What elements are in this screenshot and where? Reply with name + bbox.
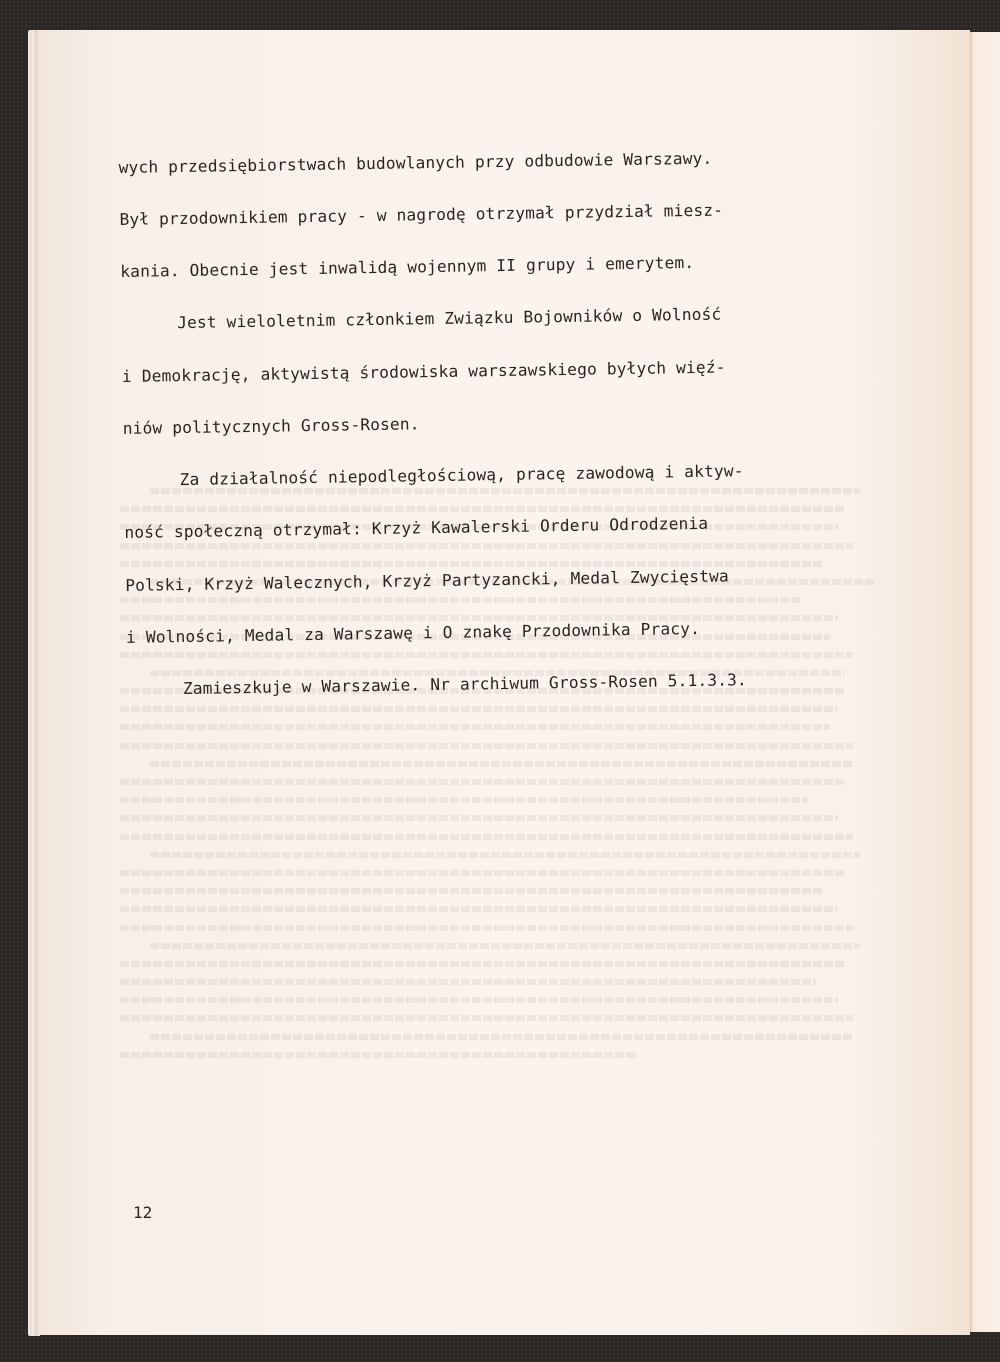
text-line: Jest wieloletnim członkiem Związku Bojow… [121, 304, 881, 333]
bleed-through-line [120, 743, 853, 749]
bleed-through-line [120, 724, 830, 730]
text-line: i Wolności, Medal za Warszawę i O znakę … [126, 617, 886, 646]
bleed-through-line [120, 979, 816, 985]
bleed-through-line [120, 888, 823, 894]
text-line: Był przodownikiem pracy - w nagrodę otrz… [119, 199, 879, 228]
page-body-text: wych przedsiębiorstwach budowlanych przy… [118, 112, 887, 716]
bleed-through-line [120, 797, 808, 803]
text-line: Za działalność niepodległościową, pracę … [123, 460, 883, 489]
text-line: wych przedsiębiorstwach budowlanych przy… [119, 147, 879, 176]
bleed-through-line [120, 779, 845, 785]
bleed-through-line [150, 852, 860, 858]
bleed-through-line [120, 1052, 638, 1058]
bleed-through-line [120, 834, 853, 840]
bleed-through-line [120, 870, 845, 876]
bleed-through-line [120, 997, 838, 1003]
text-line: niów politycznych Gross-Rosen. [123, 408, 883, 437]
page-number: 12 [133, 1203, 152, 1222]
text-line: i Demokrację, aktywistą środowiska warsz… [122, 356, 882, 385]
facing-page-edge [970, 32, 1000, 1332]
text-line: kania. Obecnie jest inwalidą wojennym II… [120, 251, 880, 280]
text-line: Polski, Krzyż Walecznych, Krzyż Partyzan… [125, 565, 885, 594]
text-line: ność społeczną otrzymał: Krzyż Kawalersk… [124, 512, 884, 541]
bleed-through-line [150, 761, 853, 767]
bleed-through-line [120, 815, 838, 821]
bleed-through-line [120, 1015, 853, 1021]
text-line: Zamieszkuje w Warszawie. Nr archiwum Gro… [127, 669, 887, 698]
bleed-through-line [120, 961, 845, 967]
bleed-through-line [120, 925, 853, 931]
bleed-through-line [150, 943, 860, 949]
bleed-through-line [120, 906, 838, 912]
bleed-through-line [150, 1034, 853, 1040]
